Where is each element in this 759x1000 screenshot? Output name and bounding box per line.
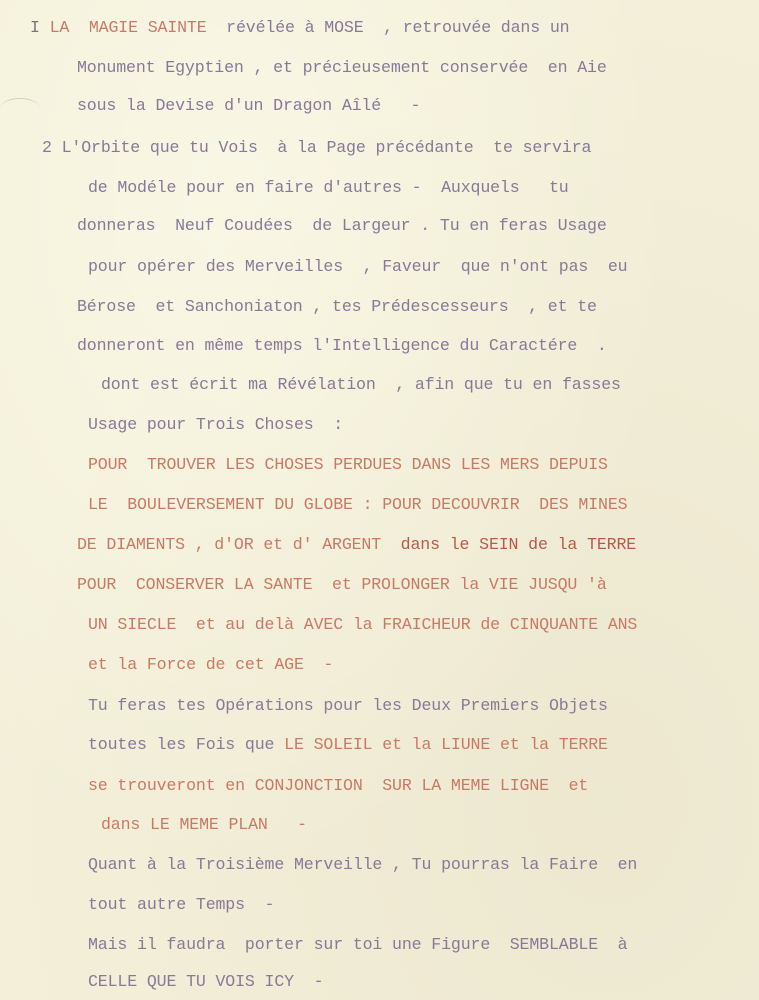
text-line-21: dans LE MEME PLAN - bbox=[101, 815, 307, 835]
text-segment: L'Orbite que tu Vois à la Page précédant… bbox=[62, 138, 592, 157]
text-line-9: donneront en même temps l'Intelligence d… bbox=[77, 336, 607, 356]
text-line-3: sous la Devise d'un Dragon Aîlé - bbox=[77, 96, 420, 116]
section-number-2: 2 bbox=[42, 138, 62, 157]
text-segment: Mais il faudra porter sur toi une Figure… bbox=[88, 935, 627, 954]
text-segment: tout autre Temps - bbox=[88, 895, 274, 914]
text-line-19: toutes les Fois que LE SOLEIL et la LIUN… bbox=[88, 735, 608, 755]
text-segment: dans le SEIN de la TERRE bbox=[401, 535, 636, 554]
text-segment: de Modéle pour en faire d'autres - Auxqu… bbox=[88, 178, 569, 197]
text-segment: Quant à la Troisième Merveille , Tu pour… bbox=[88, 855, 637, 874]
text-line-14: DE DIAMENTS , d'OR et d' ARGENT dans le … bbox=[77, 535, 636, 555]
text-line-12: POUR TROUVER LES CHOSES PERDUES DANS LES… bbox=[88, 455, 608, 475]
text-segment: LE SOLEIL et la LIUNE et la TERRE bbox=[284, 735, 608, 754]
text-line-7: pour opérer des Merveilles , Faveur que … bbox=[88, 257, 627, 277]
text-line-1: I LA MAGIE SAINTE révélée à MOSE , retro… bbox=[30, 18, 569, 38]
text-line-25: CELLE QUE TU VOIS ICY - bbox=[88, 972, 323, 992]
text-segment: Monument Egyptien , et précieusement con… bbox=[77, 58, 607, 77]
text-line-6: donneras Neuf Coudées de Largeur . Tu en… bbox=[77, 216, 607, 236]
text-line-20: se trouveront en CONJONCTION SUR LA MEME… bbox=[88, 776, 588, 796]
text-segment: donneront en même temps l'Intelligence d… bbox=[77, 336, 607, 355]
text-line-8: Bérose et Sanchoniaton , tes Prédescesse… bbox=[77, 297, 597, 317]
section-number-1: I bbox=[30, 18, 50, 37]
typewritten-page: I LA MAGIE SAINTE révélée à MOSE , retro… bbox=[0, 0, 759, 1000]
text-segment: et la Force de cet AGE - bbox=[88, 655, 333, 674]
text-line-5: de Modéle pour en faire d'autres - Auxqu… bbox=[88, 178, 569, 198]
text-segment: POUR TROUVER LES CHOSES PERDUES DANS LES… bbox=[88, 455, 608, 474]
text-segment: sous la Devise d'un Dragon Aîlé - bbox=[77, 96, 420, 115]
heading-red: LA MAGIE SAINTE bbox=[50, 18, 207, 37]
text-segment: Bérose et Sanchoniaton , tes Prédescesse… bbox=[77, 297, 597, 316]
text-segment: DE DIAMENTS , d'OR et d' ARGENT bbox=[77, 535, 401, 554]
text-segment: MOSE bbox=[324, 18, 363, 37]
text-segment: révélée à bbox=[207, 18, 325, 37]
text-line-17: et la Force de cet AGE - bbox=[88, 655, 333, 675]
text-line-11: Usage pour Trois Choses : bbox=[88, 415, 343, 435]
text-segment: POUR CONSERVER LA SANTE et PROLONGER la … bbox=[77, 575, 607, 594]
text-line-18: Tu feras tes Opérations pour les Deux Pr… bbox=[88, 696, 608, 716]
text-segment: UN SIECLE et au delà AVEC la FRAICHEUR d… bbox=[88, 615, 637, 634]
paper-crease bbox=[0, 98, 40, 119]
text-segment: dans LE MEME PLAN - bbox=[101, 815, 307, 834]
text-segment: Tu feras tes Opérations pour les Deux Pr… bbox=[88, 696, 608, 715]
text-segment: toutes les Fois que bbox=[88, 735, 284, 754]
text-line-24: Mais il faudra porter sur toi une Figure… bbox=[88, 935, 627, 955]
text-line-15: POUR CONSERVER LA SANTE et PROLONGER la … bbox=[77, 575, 607, 595]
text-line-22: Quant à la Troisième Merveille , Tu pour… bbox=[88, 855, 637, 875]
text-segment: CELLE QUE TU VOIS ICY - bbox=[88, 972, 323, 991]
text-segment: LE BOULEVERSEMENT DU GLOBE : POUR DECOUV… bbox=[88, 495, 627, 514]
text-line-13: LE BOULEVERSEMENT DU GLOBE : POUR DECOUV… bbox=[88, 495, 627, 515]
text-line-16: UN SIECLE et au delà AVEC la FRAICHEUR d… bbox=[88, 615, 637, 635]
text-segment: , retrouvée dans un bbox=[364, 18, 570, 37]
text-segment: donneras Neuf Coudées de Largeur . Tu en… bbox=[77, 216, 607, 235]
text-line-23: tout autre Temps - bbox=[88, 895, 274, 915]
text-segment: se trouveront en CONJONCTION SUR LA MEME… bbox=[88, 776, 588, 795]
text-line-2: Monument Egyptien , et précieusement con… bbox=[77, 58, 607, 78]
text-line-10: dont est écrit ma Révélation , afin que … bbox=[101, 375, 621, 395]
text-line-4: 2 L'Orbite que tu Vois à la Page précéda… bbox=[42, 138, 591, 158]
text-segment: Usage pour Trois Choses : bbox=[88, 415, 343, 434]
text-segment: pour opérer des Merveilles , Faveur que … bbox=[88, 257, 627, 276]
text-segment: dont est écrit ma Révélation , afin que … bbox=[101, 375, 621, 394]
